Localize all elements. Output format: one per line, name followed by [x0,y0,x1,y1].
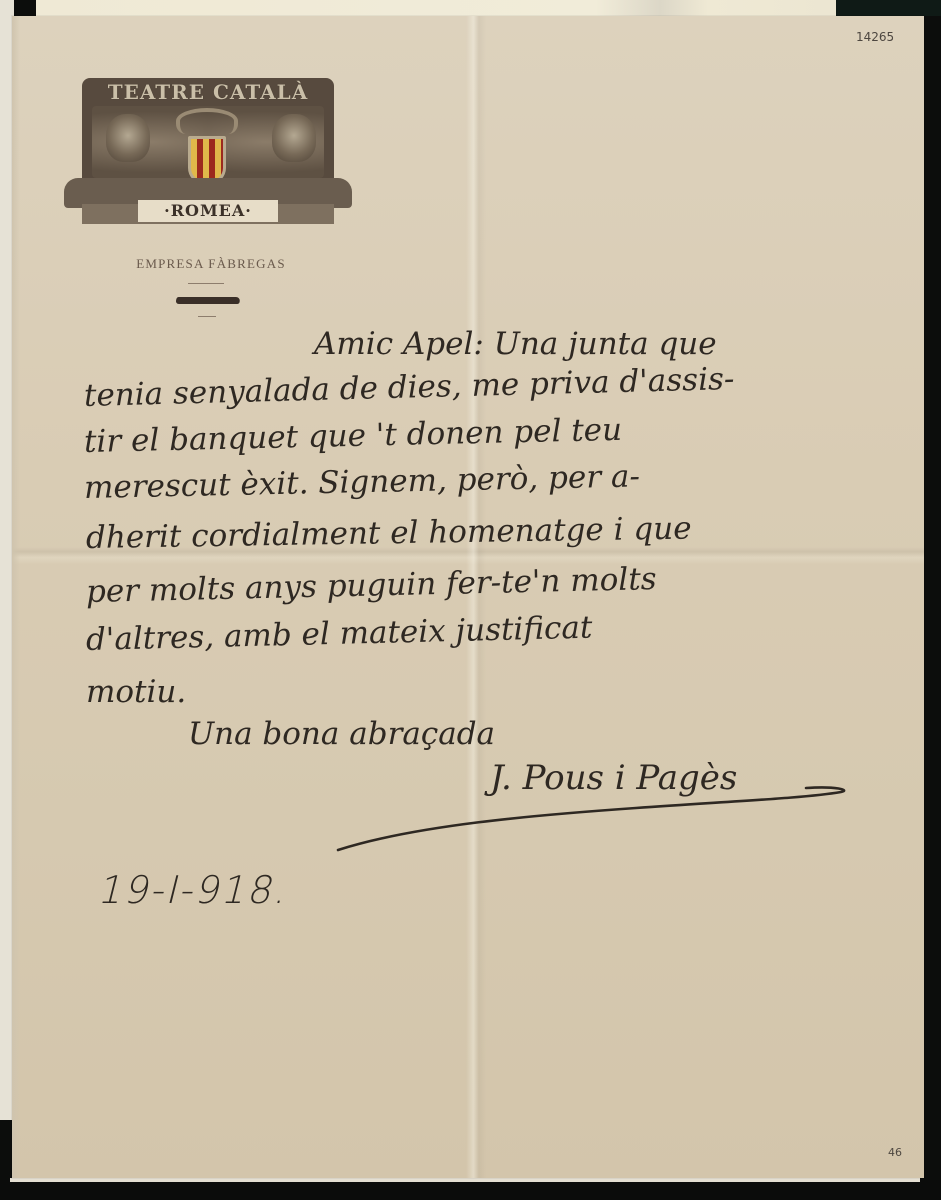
letter-closing: Una bona abraçada [188,716,495,752]
letter-line: merescut èxit. Signem, però, per a- [84,458,641,506]
letter-line: tenia senyalada de dies, me priva d'assi… [84,361,735,414]
letter-line: dherit cordialment el homenatge i que [86,510,692,556]
signature-flourish-icon [336,770,856,860]
letter-line: d'altres, amb el mateix justificat [86,610,593,658]
letter-date: 19-I-918. [95,868,296,912]
letter-body: Amic Apel: Una junta que tenia senyalada… [0,0,941,1200]
letter-line: Amic Apel: Una junta que [314,326,717,362]
letter-line: motiu. [86,674,186,710]
letter-line: tir el banquet que 't donen pel teu [84,412,623,460]
letter-line: per molts anys puguin fer-te'n molts [86,561,657,610]
